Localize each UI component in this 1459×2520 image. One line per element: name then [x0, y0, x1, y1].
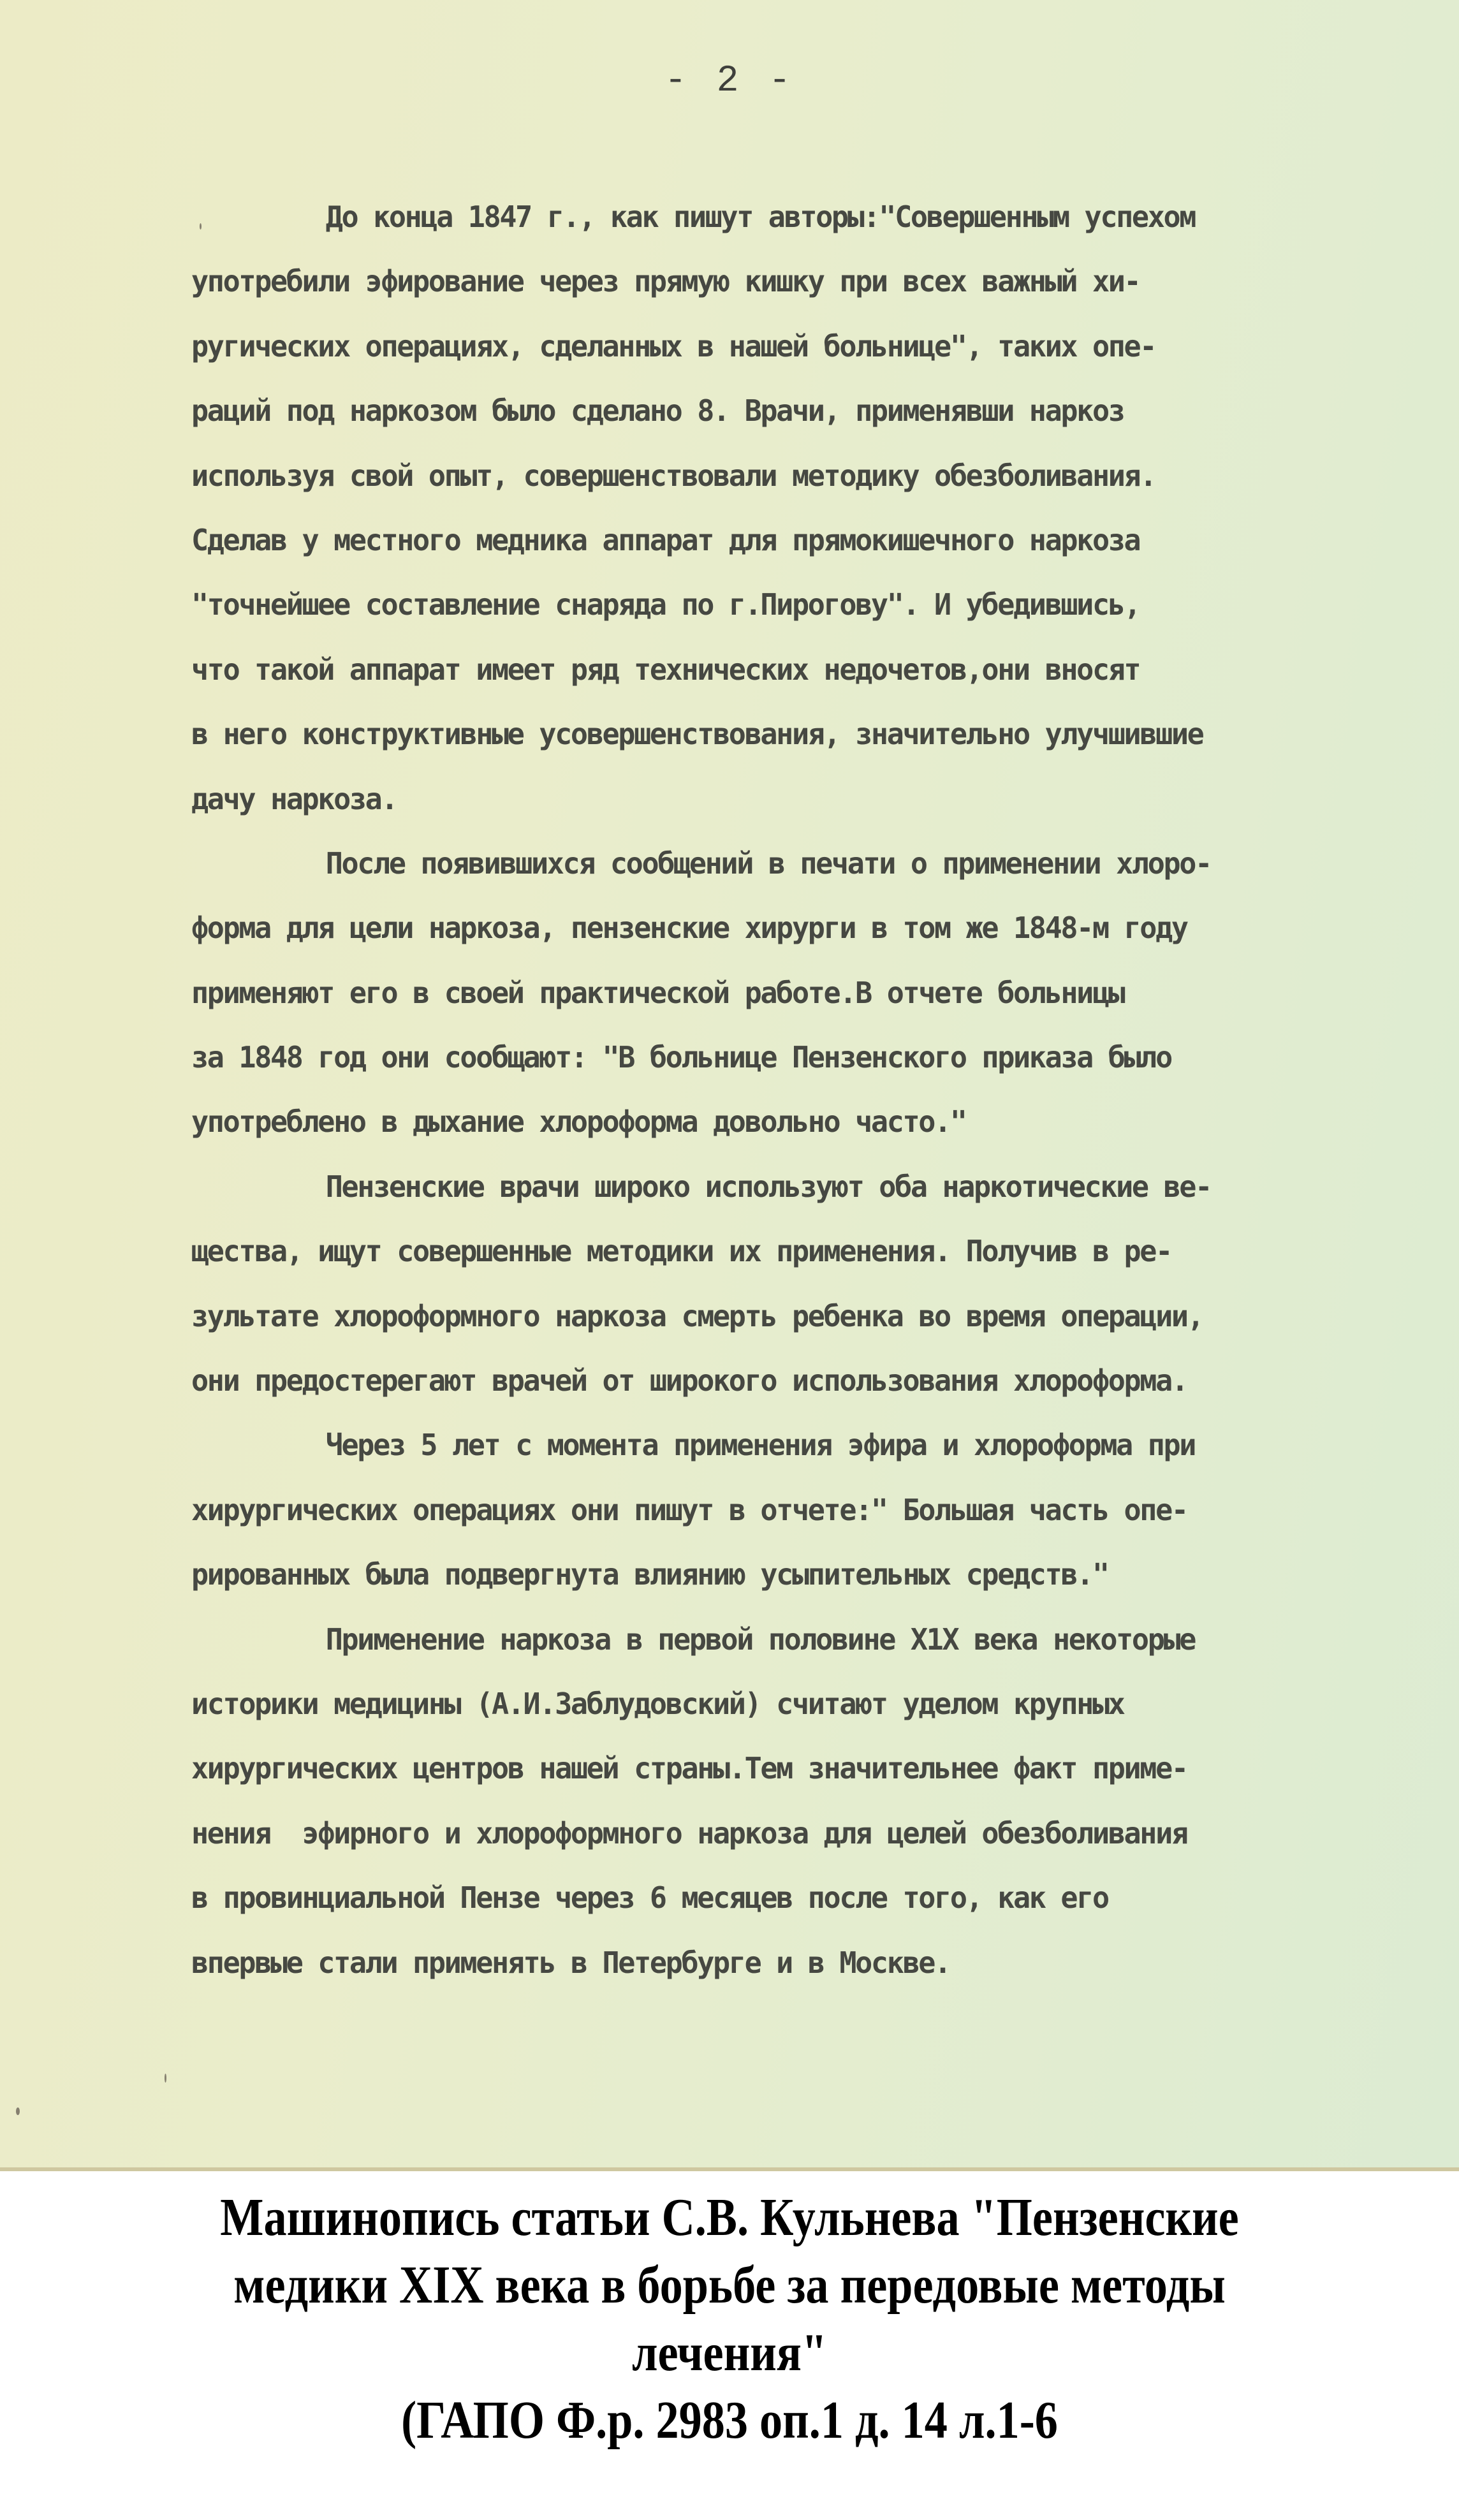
- typed-line: ругических операциях, сделанных в нашей …: [191, 314, 1435, 379]
- typed-line: применяют его в своей практической работ…: [191, 961, 1435, 1025]
- typed-line: Пензенские врачи широко используют оба н…: [191, 1155, 1435, 1219]
- typed-line: До конца 1847 г., как пишут авторы:"Сове…: [191, 185, 1435, 249]
- typed-line: хирургических операциях они пишут в отче…: [191, 1478, 1435, 1542]
- caption-line: Машинопись статьи С.В. Кульнева "Пензенс…: [102, 2184, 1357, 2252]
- typed-line: они предостерегают врачей от широкого ис…: [191, 1349, 1435, 1413]
- typewritten-page-photo: - 2 - До конца 1847 г., как пишут авторы…: [0, 0, 1459, 2171]
- typed-line: зультате хлороформного наркоза смерть ре…: [191, 1284, 1435, 1349]
- typed-line: историки медицины (А.И.Заблудовский) счи…: [191, 1672, 1435, 1736]
- typed-line: нения эфирного и хлороформного наркоза д…: [191, 1801, 1435, 1866]
- typed-line: в него конструктивные усовершенствования…: [191, 702, 1435, 766]
- page-number: - 2 -: [0, 61, 1459, 102]
- typed-line: Сделав у местного медника аппарат для пр…: [191, 508, 1435, 573]
- archive-caption: Машинопись статьи С.В. Кульнева "Пензенс…: [0, 2171, 1459, 2520]
- typed-line: щества, ищут совершенные методики их при…: [191, 1219, 1435, 1284]
- typewritten-body: До конца 1847 г., как пишут авторы:"Сове…: [191, 185, 1435, 1995]
- typed-line: Применение наркоза в первой половине Х1Х…: [191, 1608, 1435, 1672]
- typed-line: впервые стали применять в Петербурге и в…: [191, 1931, 1435, 1995]
- typed-line: "точнейшее составление снаряда по г.Пиро…: [191, 573, 1435, 637]
- paper-speck: [165, 2074, 166, 2083]
- typed-line: в провинциальной Пензе через 6 месяцев п…: [191, 1866, 1435, 1930]
- typed-line: хирургических центров нашей страны.Тем з…: [191, 1736, 1435, 1801]
- typed-line: форма для цели наркоза, пензенские хирур…: [191, 896, 1435, 960]
- typed-line: После появившихся сообщений в печати о п…: [191, 831, 1435, 896]
- caption-line: медики XIX века в борьбе за передовые ме…: [102, 2252, 1357, 2319]
- typed-line: используя свой опыт, совершенствовали ме…: [191, 444, 1435, 508]
- paper-speck: [16, 2107, 20, 2115]
- typed-line: за 1848 год они сообщают: "В больнице Пе…: [191, 1025, 1435, 1090]
- typed-line: употребили эфирование через прямую кишку…: [191, 249, 1435, 314]
- caption-line: лечения": [102, 2319, 1357, 2387]
- typed-line: дачу наркоза.: [191, 767, 1435, 831]
- typed-line: употреблено в дыхание хлороформа довольн…: [191, 1090, 1435, 1154]
- typed-line: раций под наркозом было сделано 8. Врачи…: [191, 379, 1435, 443]
- paper-speck: [200, 223, 202, 230]
- typed-line: рированных была подвергнута влиянию усып…: [191, 1542, 1435, 1607]
- caption-line: (ГАПО Ф.р. 2983 оп.1 д. 14 л.1-6: [102, 2387, 1357, 2454]
- typed-line: что такой аппарат имеет ряд технических …: [191, 638, 1435, 702]
- typed-line: Через 5 лет с момента применения эфира и…: [191, 1413, 1435, 1477]
